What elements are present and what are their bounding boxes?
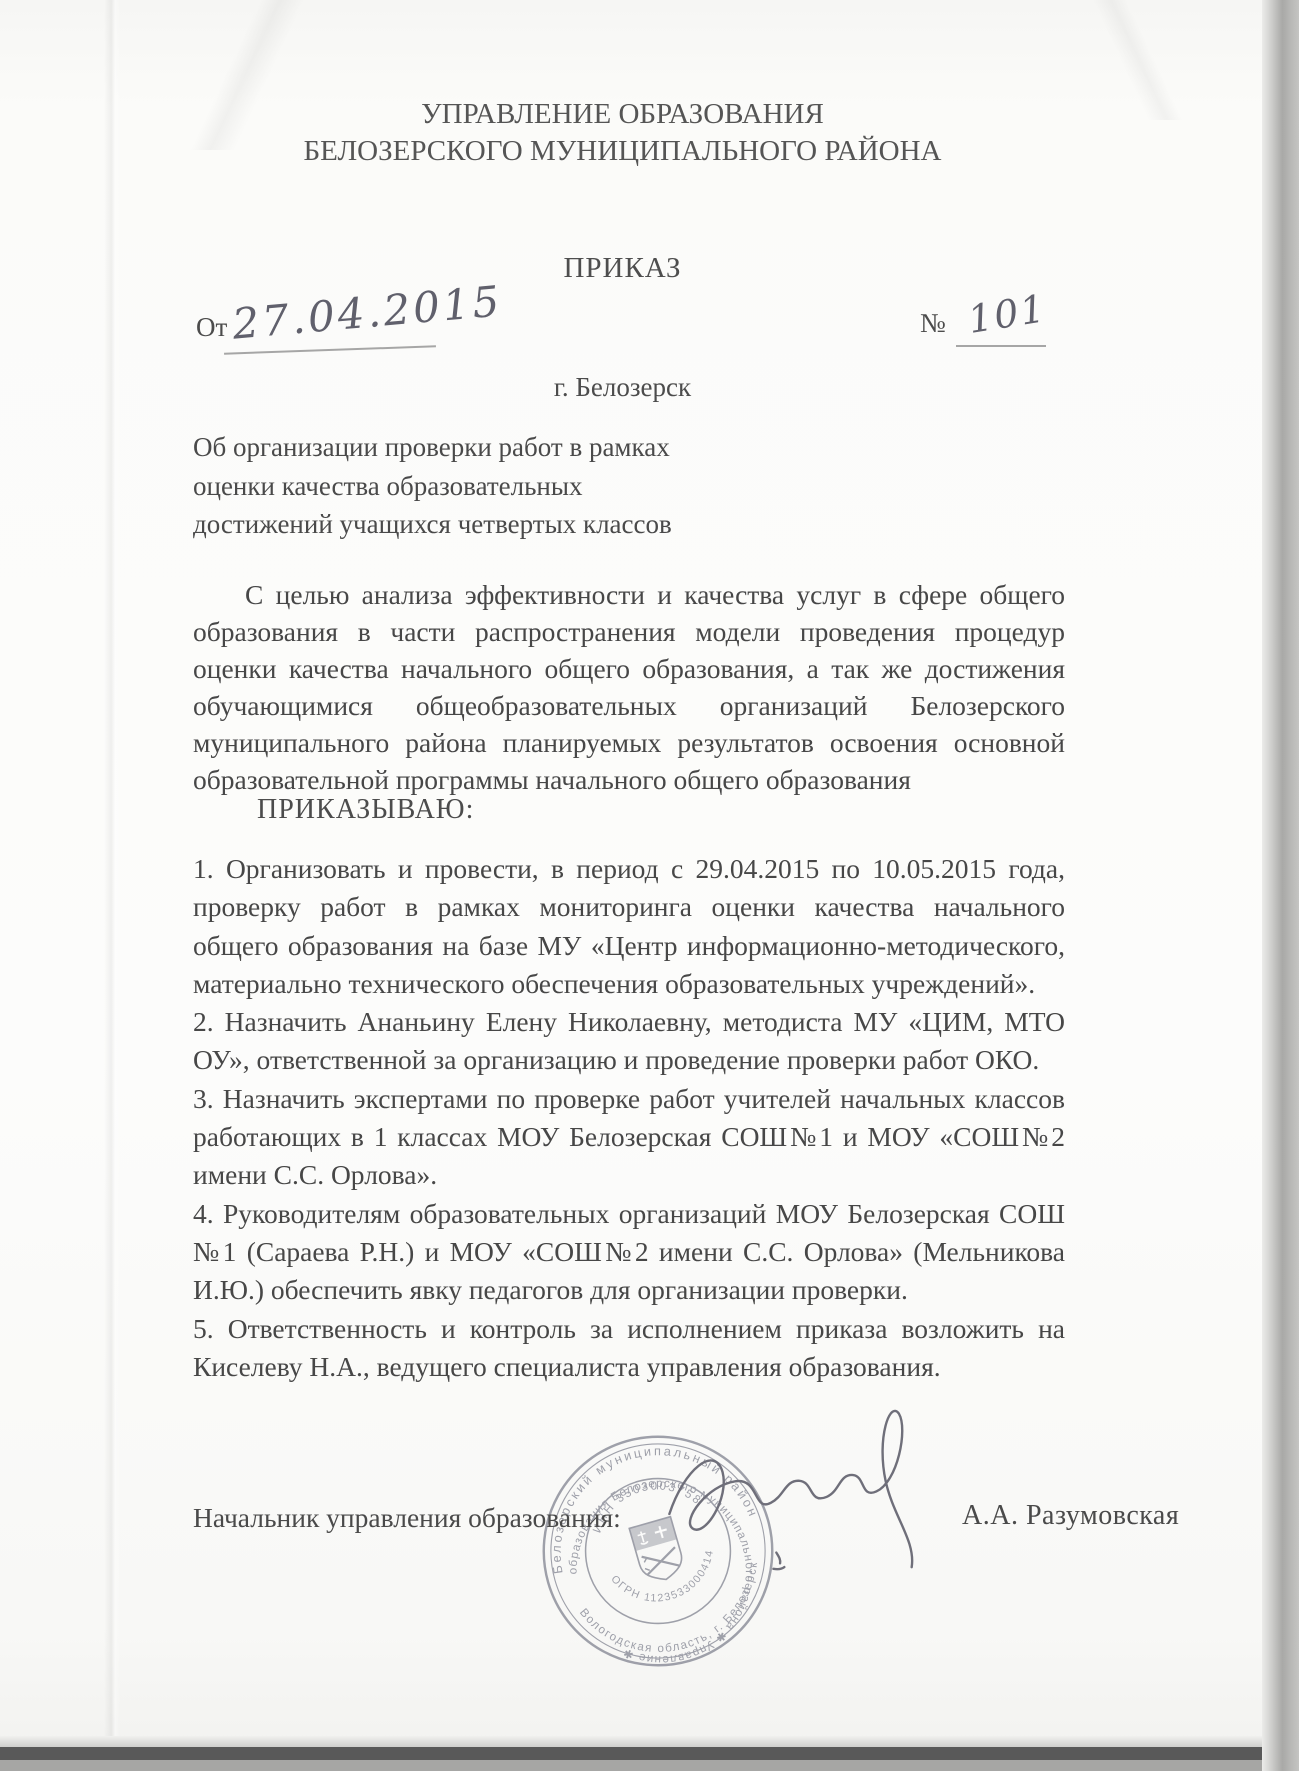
organization-header: УПРАВЛЕНИЕ ОБРАЗОВАНИЯ БЕЛОЗЕРСКОГО МУНИ… [0,96,1245,170]
signatory-position-label: Начальник управления образования: [193,1502,621,1534]
number-underline [956,345,1046,347]
paper-bottom-edge [0,1736,1299,1747]
preamble-paragraph: С целью анализа эффективности и качества… [193,576,1065,798]
subject-line: достижений учащихся четвертых классов [193,505,672,544]
handwritten-signature [662,1408,962,1628]
scanner-right-band [1262,0,1299,1771]
handwritten-number: 101 [965,286,1049,342]
organization-name-line1: УПРАВЛЕНИЕ ОБРАЗОВАНИЯ [0,96,1245,133]
order-items: 1. Организовать и провести, в период с 2… [193,850,1065,1386]
order-item-1: 1. Организовать и провести, в период с 2… [193,850,1065,1003]
order-item-3: 3. Назначить экспертами по проверке рабо… [193,1080,1065,1195]
order-item-4: 4. Руководителям образовательных организ… [193,1195,1065,1310]
scanner-tray-band [0,1760,1299,1771]
order-title: ПРИКАЗ [0,252,1245,285]
signatory-name: А.А. Разумовская [962,1500,1179,1532]
resolution-label: ПРИКАЗЫВАЮ: [257,794,474,826]
scanned-order-document: УПРАВЛЕНИЕ ОБРАЗОВАНИЯ БЕЛОЗЕРСКОГО МУНИ… [0,0,1299,1771]
date-prefix: От [196,312,227,343]
subject-line: Об организации проверки работ в рамках [193,428,672,467]
scanner-bed-band [0,1747,1299,1760]
order-item-5: 5. Ответственность и контроль за исполне… [193,1310,1065,1387]
subject-line: оценки качества образовательных [193,467,672,506]
order-subject: Об организации проверки работ в рамках о… [193,428,672,544]
city-line: г. Белозерск [0,372,1245,403]
handwritten-date: 27.04.2015 [230,276,504,348]
number-prefix: № [920,308,946,339]
organization-name-line2: БЕЛОЗЕРСКОГО МУНИЦИПАЛЬНОГО РАЙОНА [0,133,1245,170]
order-item-2: 2. Назначить Ананьину Елену Николаевну, … [193,1003,1065,1080]
